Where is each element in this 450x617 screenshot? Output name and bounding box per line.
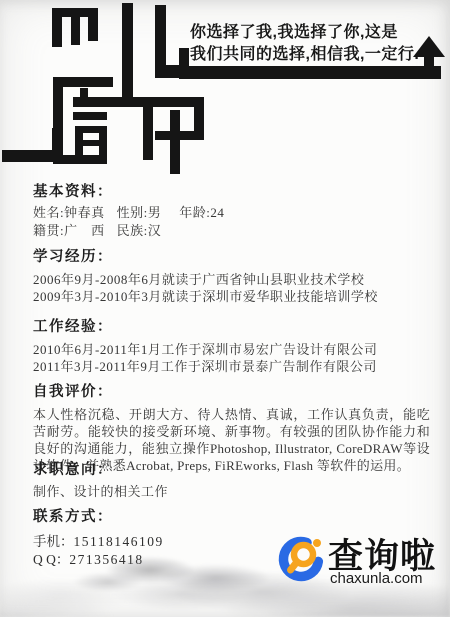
education-item: 2006年9月-2008年6月就读于广西省钟山县职业技术学校 — [33, 272, 430, 288]
section-job-intention: 求职意向： 制作、设计的相关工作 — [33, 458, 430, 500]
info-row-2: 籍贯:广 西民族:汉 — [33, 223, 430, 239]
section-work-experience: 工作经验： 2010年6月-2011年1月工作于深圳市易宏广告设计有限公司 20… — [33, 315, 430, 375]
search-icon — [277, 532, 327, 584]
gender-value: 男 — [148, 205, 162, 220]
job-intention-text: 制作、设计的相关工作 — [33, 484, 430, 500]
name-label: 姓名: — [33, 205, 64, 220]
work-item: 2011年3月-2011年9月工作于深圳市景泰广告制作有限公司 — [33, 359, 430, 375]
info-row-1: 姓名:钟春真性别:男年龄:24 — [33, 205, 430, 221]
slogan-line-2: 我们共同的选择,相信我,一定行. — [190, 44, 435, 66]
gender-label: 性别: — [117, 205, 148, 220]
section-title: 联系方式： — [33, 505, 430, 526]
qq-label: Q Q： — [33, 552, 69, 567]
age-value: 24 — [210, 205, 224, 220]
section-basic-info: 基本资料： 姓名:钟春真性别:男年龄:24 籍贯:广 西民族:汉 — [33, 180, 430, 239]
hometown-value: 广 西 — [64, 223, 105, 238]
qq-value: 271356418 — [69, 552, 143, 567]
ethnicity-value: 汉 — [148, 223, 162, 238]
section-title: 基本资料： — [33, 180, 430, 201]
resume-page: 你选择了我,我选择了你,这是 我们共同的选择,相信我,一定行. 基本资料： 姓名… — [0, 0, 450, 617]
section-title: 工作经验： — [33, 315, 430, 336]
work-item: 2010年6月-2011年1月工作于深圳市易宏广告设计有限公司 — [33, 342, 430, 358]
watermark: 查询啦 chaxunla.com — [277, 532, 327, 589]
age-label: 年龄: — [179, 205, 210, 220]
phone-value: 15118146109 — [74, 534, 164, 549]
name-value: 钟春真 — [64, 205, 105, 220]
section-title: 求职意向： — [33, 458, 430, 479]
ethnicity-label: 民族: — [117, 223, 148, 238]
phone-label: 手机： — [33, 534, 74, 549]
slogan-line-1: 你选择了我,我选择了你,这是 — [190, 22, 435, 44]
education-item: 2009年3月-2010年3月就读于深圳市爱华职业技能培训学校 — [33, 289, 430, 305]
section-education: 学习经历： 2006年9月-2008年6月就读于广西省钟山县职业技术学校 200… — [33, 245, 430, 305]
slogan: 你选择了我,我选择了你,这是 我们共同的选择,相信我,一定行. — [190, 22, 435, 66]
hometown-label: 籍贯: — [33, 223, 64, 238]
section-title: 学习经历： — [33, 245, 430, 266]
watermark-site-url: chaxunla.com — [330, 570, 423, 587]
section-title: 自我评价： — [33, 380, 430, 401]
